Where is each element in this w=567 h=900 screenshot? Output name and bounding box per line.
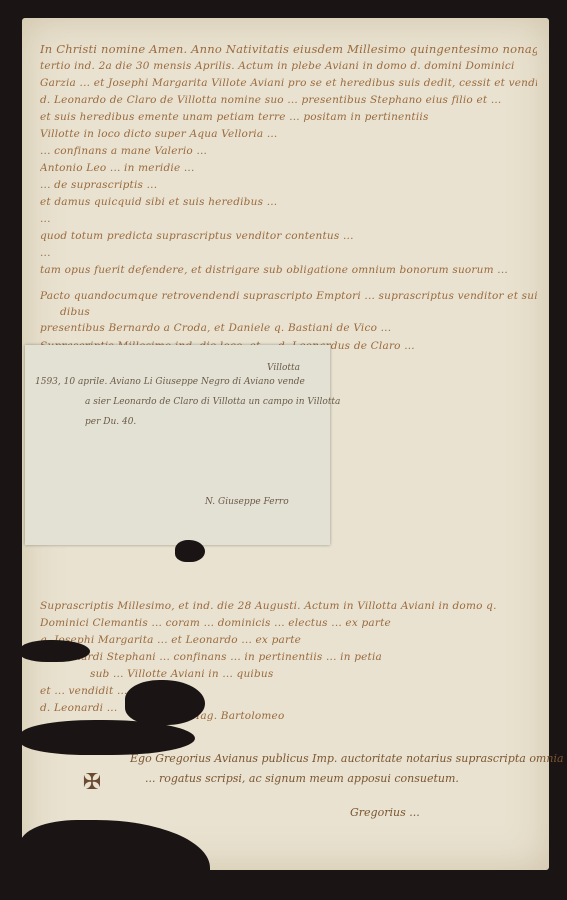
note-line: a sier Leonardo de Claro di Villotta un … <box>85 397 340 407</box>
text-line: et Mag. Bartolomeo <box>175 710 537 722</box>
notary-signature: Gregorius ... <box>350 806 420 819</box>
text-line: et damus quicquid sibi et suis heredibus… <box>40 196 537 208</box>
text-line: et suis heredibus emente unam petiam ter… <box>40 111 537 123</box>
text-line: ... de suprascriptis ... <box>40 179 537 191</box>
overlay-note: Villotta 1593, 10 aprile. Aviano Li Gius… <box>25 345 330 545</box>
note-line: per Du. 40. <box>85 417 136 427</box>
text-line: d. Leonardi Stephani ... confinans ... i… <box>40 651 537 663</box>
note-signature: N. Giuseppe Ferro <box>205 497 289 507</box>
notary-line: ... rogatus scripsi, ac signum meum appo… <box>145 772 459 785</box>
text-line: Villotte in loco dicto super Aqua Vellor… <box>40 128 537 140</box>
damage-hole <box>125 680 205 725</box>
text-line: quod totum predicta suprascriptus vendit… <box>40 230 537 242</box>
text-line: ... confinans a mane Valerio ... <box>40 145 537 157</box>
text-line: tertio ind. 2a die 30 mensis Aprilis. Ac… <box>40 60 537 72</box>
note-line: 1593, 10 aprile. Aviano Li Giuseppe Negr… <box>35 377 305 387</box>
text-line: In Christi nomine Amen. Anno Nativitatis… <box>40 42 537 56</box>
note-header: Villotta <box>267 363 300 373</box>
text-line: ... <box>40 213 537 225</box>
text-line: tam opus fuerit defendere, et distrigare… <box>40 264 537 276</box>
text-line: dibus <box>60 306 537 318</box>
text-line: Antonio Leo ... in meridie ... <box>40 162 537 174</box>
text-line: et ... vendidit ... de ... <box>40 685 537 697</box>
text-line: sub ... Villotte Aviani in ... quibus <box>90 668 537 680</box>
damage-hole <box>175 540 205 562</box>
notary-line: Ego Gregorius Avianus publicus Imp. auct… <box>130 752 567 765</box>
text-line: ... <box>40 247 537 259</box>
text-line: Pacto quandocumque retrovendendi suprasc… <box>40 290 537 302</box>
text-line: Dominici Clemantis ... coram ... dominic… <box>40 617 537 629</box>
damage-hole <box>20 720 195 755</box>
text-line: q. Josephi Margarita ... et Leonardo ...… <box>40 634 537 646</box>
text-line: presentibus Bernardo a Croda, et Daniele… <box>40 322 537 334</box>
text-line: Suprascriptis Millesimo, et ind. die 28 … <box>40 600 537 612</box>
damage-hole <box>20 640 90 662</box>
notarial-signum-icon: ✠ <box>80 770 104 806</box>
text-line: d. Leonardo de Claro de Villotta nomine … <box>40 94 537 106</box>
text-line: Garzia ... et Josephi Margarita Villote … <box>40 77 537 89</box>
